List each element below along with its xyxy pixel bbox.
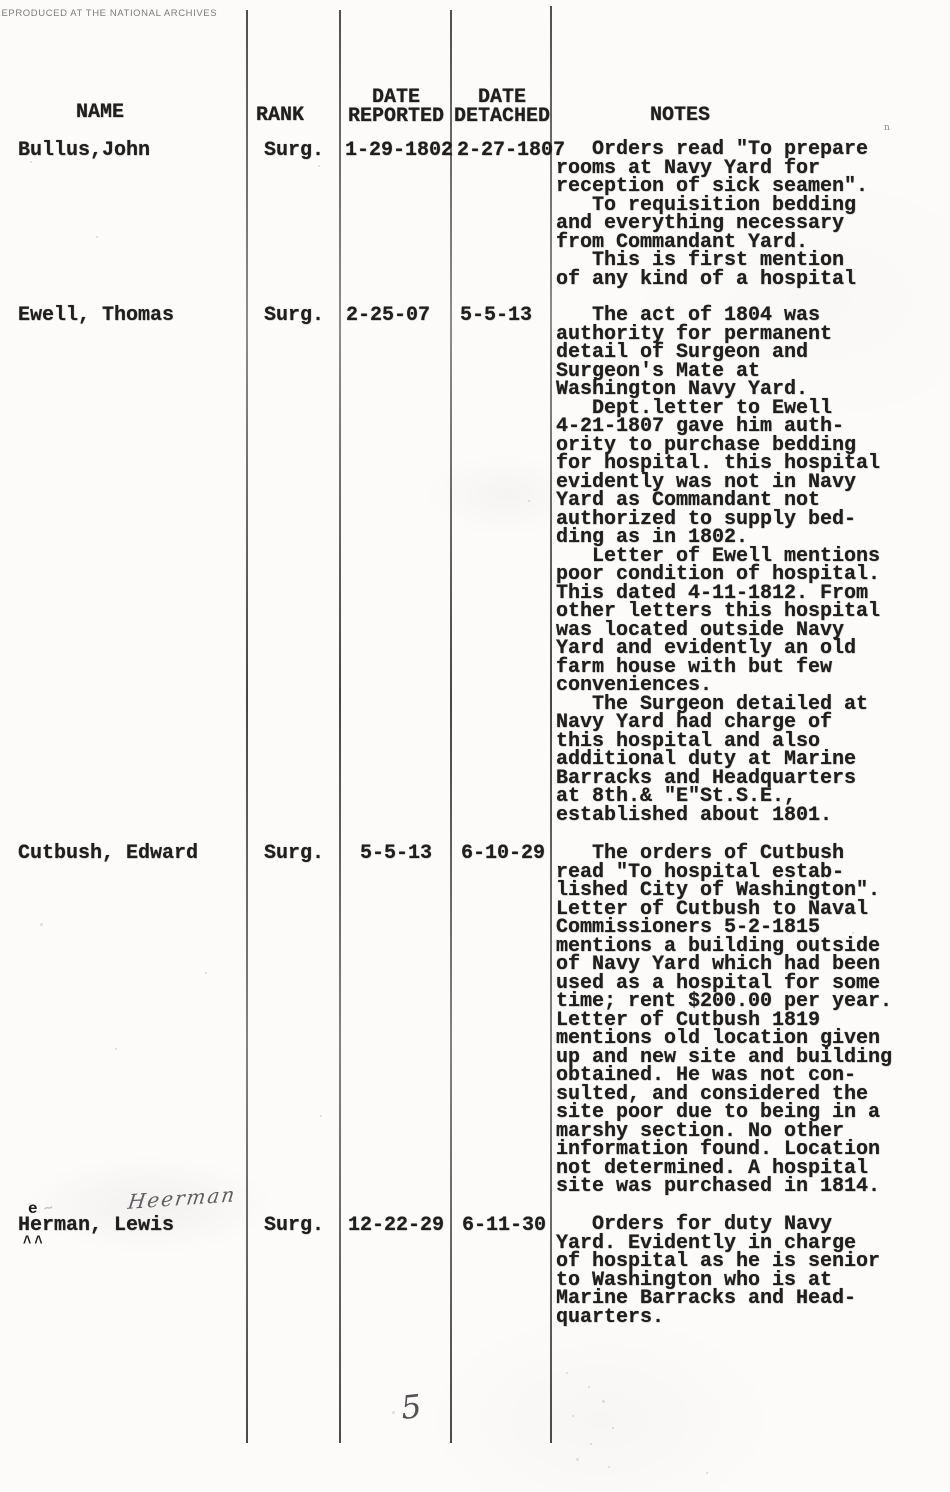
noise-speck — [706, 1472, 708, 1474]
noise-speck — [572, 1415, 574, 1417]
table-row-rank: Surg. — [264, 307, 324, 326]
handwritten-insert-letter: e — [28, 1200, 38, 1218]
noise-speck — [30, 161, 32, 163]
noise-speck — [566, 1372, 568, 1374]
col-header-date-detached: DATE DETACHED — [450, 89, 554, 126]
table-row-date-reported: 2-25-07 — [346, 307, 430, 326]
table-row-date-detached: 5-5-13 — [460, 307, 532, 326]
table-row-date-reported: 12-22-29 — [348, 1217, 444, 1236]
noise-speck — [602, 1400, 605, 1403]
noise-speck — [852, 932, 854, 934]
column-rule-2 — [339, 10, 341, 1443]
col-header-rank: RANK — [256, 107, 304, 126]
handwritten-page-number: 5 — [399, 1387, 423, 1427]
noise-speck — [96, 236, 98, 238]
column-rule-4 — [550, 6, 552, 1443]
table-row-date-detached: 2-27-1807 — [457, 142, 565, 161]
table-row-notes: Orders read "To prepare rooms at Navy Ya… — [556, 141, 950, 289]
noise-speck — [205, 972, 207, 974]
scan-artifact-mark: n — [884, 123, 890, 133]
handwritten-name-annotation: Heerman — [126, 1182, 238, 1214]
handwritten-caret-marks: ^^ — [23, 1233, 46, 1255]
table-row-name: Ewell, Thomas — [18, 307, 174, 326]
noise-speck — [115, 1048, 117, 1050]
table-row-notes: The orders of Cutbush read "To hospital … — [556, 845, 950, 1197]
table-row-name: Cutbush, Edward — [18, 845, 198, 864]
document-page: REPRODUCED AT THE NATIONAL ARCHIVES NAME… — [0, 0, 950, 1492]
noise-speck — [40, 923, 43, 926]
noise-speck — [318, 165, 320, 167]
noise-speck — [612, 1427, 614, 1429]
noise-speck — [576, 1458, 579, 1461]
table-row-date-detached: 6-11-30 — [462, 1217, 546, 1236]
noise-speck — [528, 500, 530, 502]
col-header-date-reported: DATE REPORTED — [340, 89, 452, 126]
archives-stamp: REPRODUCED AT THE NATIONAL ARCHIVES — [0, 8, 217, 19]
noise-speck — [590, 1443, 592, 1445]
column-rule-3 — [450, 10, 452, 1443]
noise-speck — [392, 1411, 395, 1414]
table-row-notes: The act of 1804 was authority for perman… — [556, 307, 950, 825]
noise-speck — [320, 1115, 322, 1117]
noise-speck — [588, 1386, 590, 1388]
noise-speck — [608, 1466, 610, 1468]
table-row-notes: Orders for duty Navy Yard. Evidently in … — [556, 1216, 950, 1327]
table-row-name: Bullus,John — [18, 142, 150, 161]
col-header-name: NAME — [76, 104, 124, 123]
table-row-rank: Surg. — [264, 1217, 324, 1236]
table-row-date-reported: 1-29-1802 — [345, 142, 453, 161]
table-row-date-detached: 6-10-29 — [461, 845, 545, 864]
col-header-notes: NOTES — [650, 107, 710, 126]
column-rule-1 — [246, 10, 248, 1443]
table-row-rank: Surg. — [264, 142, 324, 161]
table-row-rank: Surg. — [264, 845, 324, 864]
table-row-date-reported: 5-5-13 — [360, 845, 432, 864]
handwritten-squiggle-mark: ~ — [42, 1200, 56, 1217]
